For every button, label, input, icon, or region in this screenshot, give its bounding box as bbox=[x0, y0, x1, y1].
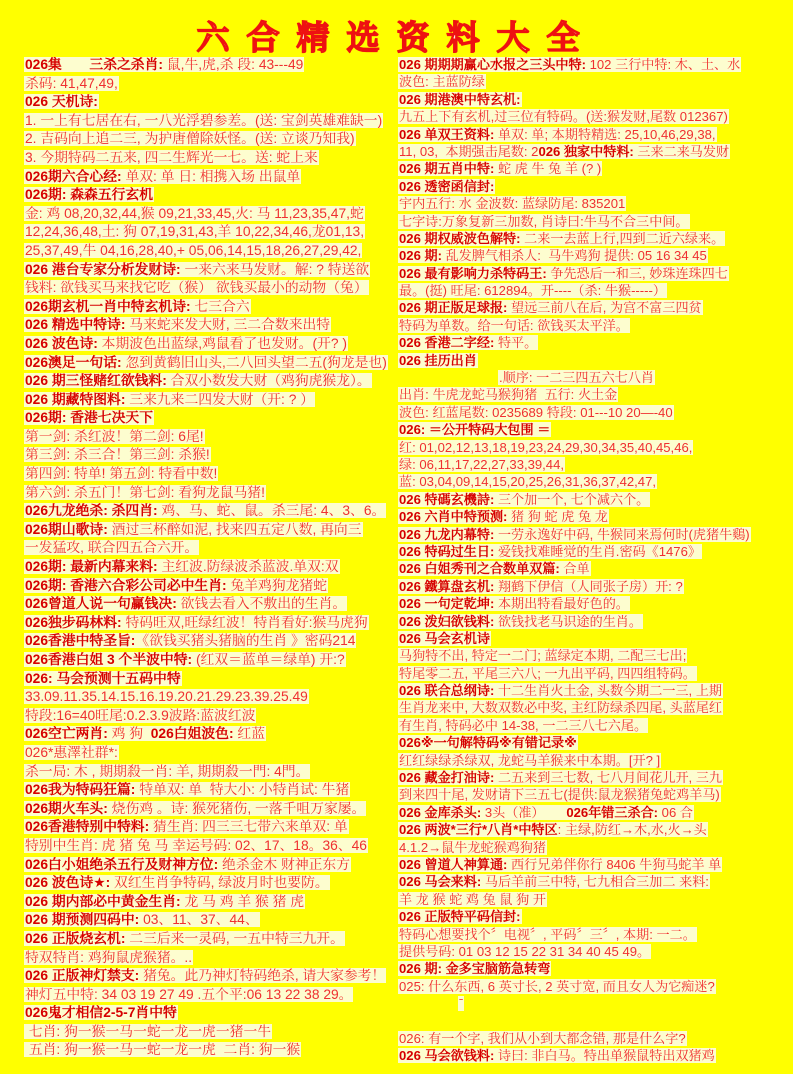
line-header-text: 026 波色诗: bbox=[25, 336, 98, 351]
line-header-text: 026 白姐秀刊之合数单双篇: bbox=[399, 561, 560, 576]
line-header-text: 026 精选中特诗: bbox=[25, 317, 125, 332]
text-line: 金: 鸡 08,20,32,44,猴 09,21,33,45,火: 马 11,2… bbox=[24, 205, 396, 224]
line-header-text: 026 期藏特图料: bbox=[25, 392, 125, 407]
line-body-text: 单双: 单 日: 相携入场 出鼠单 bbox=[122, 169, 301, 184]
line-body-text: 鼠,牛,虎,杀 段: 43---49 bbox=[163, 57, 303, 72]
line-body-text: 06 合 bbox=[658, 805, 693, 820]
line-header-text: 026 期五肖中特: bbox=[399, 161, 494, 176]
line-body-text: 025: 什么东西, 6 英寸长, 2 英寸宽, 而且女人为它痴迷? bbox=[399, 979, 715, 994]
line-header-text: 026 马会玄机诗 bbox=[399, 631, 490, 646]
text-line: 026 单双王资料: 单双: 单; 本期特精选: 25,10,46,29,38, bbox=[398, 126, 790, 143]
line-header-text: 026 马会欲钱料: bbox=[399, 1048, 494, 1063]
text-line: 026 透密函信封: bbox=[398, 178, 790, 195]
text-line: 蓝: 03,04,09,14,15,20,25,26,31,36,37,42,4… bbox=[398, 473, 790, 490]
line-header-text: 026香港中特圣旨: bbox=[25, 633, 135, 648]
text-line: 026期山歌诗: 酒过三杯醉如泥, 找来四五定八数, 再向三 bbox=[24, 521, 396, 540]
line-body-text: 金: 鸡 08,20,32,44,猴 09,21,33,45,火: 马 11,2… bbox=[25, 206, 364, 221]
line-body-text: 五肖: 狗一猴一马一蛇一龙一虎 二肖: 狗一猴 bbox=[25, 1042, 300, 1057]
line-header-text: 026 联合总纲诗: bbox=[399, 683, 494, 698]
line-body-text: 03、11、37、44、 bbox=[139, 912, 258, 927]
text-line: 026 曾道人神算通: 西行兄弟伴你行 8406 牛狗马蛇羊 单 bbox=[398, 856, 790, 873]
line-header-text: 026 最有影响力杀特码王: bbox=[399, 266, 547, 281]
text-line: 宇内五行: 水 金波数: 蓝绿防尾: 835201 bbox=[398, 195, 790, 212]
text-line: 026 期权威波色解特: 二来一去蓝上行,四到二近六绿来。 bbox=[398, 230, 790, 247]
text-line: 026: 马会预测十五码中特 bbox=[24, 670, 396, 689]
line-body-text: 特码为单数。给一句话: 欲钱买太平洋。 bbox=[399, 318, 629, 333]
text-line: 神灯五中特: 34 03 19 27 49 .五个平:06 13 22 38 2… bbox=[24, 986, 396, 1005]
line-body-text: 三来二来马发财 bbox=[634, 144, 729, 159]
text-line: 026香港中特圣旨:《欲钱买猪头猪脑的生肖 》密码214 bbox=[24, 632, 396, 651]
line-body-text: 提供号码: 01 03 12 15 22 31 34 40 45 49。 bbox=[399, 944, 650, 959]
text-line: 026: ＝公开特码大包围 ＝ bbox=[398, 421, 790, 438]
line-header-text: 026 一句定乾坤: bbox=[399, 596, 494, 611]
text-line: 026 期内部必中黄金生肖: 龙 马 鸡 羊 猴 猪 虎 bbox=[24, 893, 396, 912]
text-line: 026九龙绝杀: 杀四肖: 鸡、马、蛇、鼠。杀三尾: 4、3、6。 bbox=[24, 502, 396, 521]
line-body-text: 特别中生肖: 虎 猪 兔 马 幸运号码: 02、17、18。36、46 bbox=[25, 838, 367, 853]
line-body-text: 杀一局: 木 , 期期殺一肖: 羊, 期期殺一門: 4門。 bbox=[25, 764, 309, 779]
text-line: 026 马会欲钱料: 诗曰: 非白马。特出单猴鼠特出双猪鸡 bbox=[398, 1047, 790, 1064]
line-body-text: 本期出特看最好色的。 bbox=[494, 596, 629, 611]
line-header-text: 026白小姐绝杀五行及财神方位: bbox=[25, 857, 218, 872]
text-line: 026澳足一句话: 忽到黄鹤旧山头,二八回头望二五(狗龙是也) bbox=[24, 354, 396, 373]
text-line: .顺序: 一二三四五六七八肖 bbox=[398, 369, 790, 386]
text-line: 026 港台专家分析发财诗: 一来六来马发财。解: ? 特送欲 bbox=[24, 261, 396, 280]
text-line: ˉ bbox=[398, 995, 790, 1012]
text-line: 026 挂历出肖 bbox=[398, 352, 790, 369]
text-line bbox=[398, 1012, 790, 1029]
text-line: 026 正版特平码信封: bbox=[398, 908, 790, 925]
line-body-text: 一发猛攻, 联合四五合六开。 bbox=[25, 540, 198, 555]
text-line: 026 金库杀头: 3头（准） 026年错三杀合: 06 合 bbox=[398, 804, 790, 821]
line-body-text: 特平。 bbox=[494, 335, 537, 350]
line-body-text: .顺序: 一二三四五六七八肖 bbox=[499, 370, 654, 385]
line-header-text: 026白姐波色: bbox=[151, 726, 234, 741]
text-line: 026集 三杀之杀肖: 鼠,牛,虎,杀 段: 43---49 bbox=[24, 56, 396, 75]
text-line: 026 天机诗: bbox=[24, 93, 396, 112]
text-line: 026期: 香港七决天下 bbox=[24, 409, 396, 428]
line-header-text: 026 期: 金多宝脑筋急转弯 bbox=[399, 961, 550, 976]
text-line: 026: 有一个字, 我们从小到大都念错, 那是什么字? bbox=[398, 1030, 790, 1047]
line-header-text: 026期: 森森五行玄机 bbox=[25, 187, 153, 202]
line-body-text: 25,37,49,牛 04,16,28,40,+ 05,06,14,15,18,… bbox=[25, 243, 361, 258]
line-body-text: 第一剑: 杀红波！第二剑: 6尾! bbox=[25, 429, 204, 444]
text-line: 026※一句解特码※有错记录※ bbox=[398, 734, 790, 751]
line-body-text: 三个加一个, 七个减六个。 bbox=[494, 492, 649, 507]
line-body-text: 3头（准） bbox=[481, 805, 566, 820]
line-header-text: 026期火车头: bbox=[25, 801, 108, 816]
text-line: 12,24,36,48,土: 狗 07,19,31,43,羊 10,22,34,… bbox=[24, 223, 396, 242]
text-line: 026 泼妇欲钱料: 欲钱找老马识途的生肖。 bbox=[398, 613, 790, 630]
line-body-text: 七三合六 bbox=[191, 299, 250, 314]
text-line: 026 九龙内幕特: 一劳永逸好中码, 牛猴同来焉何时(虎猪牛鷄) bbox=[398, 526, 790, 543]
text-line: 026独步码林料: 特码旺双,旺绿红波！特肖看好:猴马虎狗 bbox=[24, 614, 396, 633]
text-line: 五肖: 狗一猴一马一蛇一龙一虎 二肖: 狗一猴 bbox=[24, 1041, 396, 1060]
line-body-text: 七肖: 狗一猴一马一蛇一龙一虎一猪一牛 bbox=[25, 1024, 271, 1039]
text-line: 026 期: 乱发脾气相杀人: 马牛鸡狗 提供: 05 16 34 45 bbox=[398, 247, 790, 264]
line-body-text: 合双小数发大财（鸡狗虎猴龙）。 bbox=[167, 373, 371, 388]
text-line: 026香港白姐 3 个半波中特: (红双＝蓝单＝绿单) 开:? bbox=[24, 651, 396, 670]
text-line: 026 期五肖中特: 蛇 虎 牛 兔 羊 (? ) bbox=[398, 160, 790, 177]
text-line: 七肖: 狗一猴一马一蛇一龙一虎一猪一牛 bbox=[24, 1023, 396, 1042]
line-header-text: 026 期权威波色解特: bbox=[399, 231, 521, 246]
text-line: 026 期三怪赌红欲钱料: 合双小数发大财（鸡狗虎猴龙）。 bbox=[24, 372, 396, 391]
text-line: 特段:16=40旺尾:0.2.3.9波路:蓝波红波 bbox=[24, 707, 396, 726]
line-header-text: 026 两波*三行*八肖*中特区 bbox=[399, 822, 558, 837]
text-line: 特码心想要找个〞电视〞, 平码〞三〞, 本期: 一二。 bbox=[398, 926, 790, 943]
line-body-text: 爱钱找难睡觉的生肖.密码《1476》 bbox=[494, 544, 701, 559]
text-line: 026 期预测四码中: 03、11、37、44、 bbox=[24, 911, 396, 930]
text-line: 第六剑: 杀五门！第七剑: 看狗龙鼠马猪! bbox=[24, 484, 396, 503]
line-header-text: 026: 马会预测十五码中特 bbox=[25, 671, 181, 686]
line-header-text: 026年错三杀合: bbox=[566, 805, 658, 820]
line-body-text: 特尾零二五, 平尾三六八; 一九出平码, 四四组特码。 bbox=[399, 666, 696, 681]
text-line: 七字诗:万象复新三加数, 肖诗曰:牛马不合三中间。 bbox=[398, 213, 790, 230]
line-body-text: 有生肖, 特码必中 14-38, 一二三八七六尾。 bbox=[399, 718, 647, 733]
line-header-text: 026 期三怪赌红欲钱料: bbox=[25, 373, 167, 388]
text-line: 羊 龙 猴 蛇 鸡 兔 鼠 狗 开 bbox=[398, 891, 790, 908]
line-body-text: 特码旺双,旺绿红波！特肖看好:猴马虎狗 bbox=[122, 615, 368, 630]
line-body-text: 鸡 狗 bbox=[108, 726, 151, 741]
line-body-text: 钱料: 欲钱买马来找它吃（猴） 欲钱买最小的动物（兔） bbox=[25, 280, 368, 295]
text-line: 026 期期期赢心水报之三头中特: 102 三行中特: 木、土、水 bbox=[398, 56, 790, 73]
text-line: 026 马会来料: 马后羊前三中特, 七九相合三加二 来料: bbox=[398, 873, 790, 890]
line-header-text: 026 港台专家分析发财诗: bbox=[25, 262, 181, 277]
text-line: 第三剑: 杀三合！第三剑: 杀猴! bbox=[24, 446, 396, 465]
line-body-text: 马狗特不出, 特定一二门; 蓝绿定本期, 二配三七出; bbox=[399, 648, 686, 663]
line-body-text: 绿: 06,11,17,22,27,33,39,44, bbox=[399, 457, 564, 472]
line-header-text: 026 独家中特料: bbox=[538, 144, 633, 159]
line-body-text: 出肖: 牛虎龙蛇马猴狗猪 五行: 火土金 bbox=[399, 387, 617, 402]
text-line: 026 两波*三行*八肖*中特区: 主绿,防红→木,水,火→头 bbox=[398, 821, 790, 838]
text-line: 026 藏金打油诗: 二五来到三七数, 七八月间花儿开, 三九 bbox=[398, 769, 790, 786]
text-line: 波色: 主蓝防绿 bbox=[398, 73, 790, 90]
line-header-text: 026期玄机一肖中特玄机诗: bbox=[25, 299, 191, 314]
line-header-text: 026期: 香港七决天下 bbox=[25, 410, 153, 425]
line-header-text: 026独步码林料: bbox=[25, 615, 122, 630]
line-body-text: 欲钱去看入不敷出的生肖。 bbox=[177, 596, 346, 611]
line-body-text: 龙 马 鸡 羊 猴 猪 虎 bbox=[181, 894, 304, 909]
line-body-text: 望远三前八在后, 为宫不富三四贫 bbox=[507, 300, 701, 315]
line-body-text: 102 三行中特: 木、土、水 bbox=[586, 57, 740, 72]
line-body-text: 宇内五行: 水 金波数: 蓝绿防尾: 835201 bbox=[399, 196, 625, 211]
text-line: 马狗特不出, 特定一二门; 蓝绿定本期, 二配三七出; bbox=[398, 647, 790, 664]
text-line: 11, 03, 本期强击尾数: 2026 独家中特料: 三来二来马发财 bbox=[398, 143, 790, 160]
line-body-text: 红: 01,02,12,13,18,19,23,24,29,30,34,35,4… bbox=[399, 440, 692, 455]
text-line: 杀码: 41,47,49, bbox=[24, 75, 396, 94]
text-line: 026白小姐绝杀五行及财神方位: 绝杀金木 财神正东方 bbox=[24, 856, 396, 875]
line-body-text: 12,24,36,48,土: 狗 07,19,31,43,羊 10,22,34,… bbox=[25, 224, 364, 239]
line-body-text: 二来一去蓝上行,四到二近六绿来。 bbox=[521, 231, 725, 246]
text-line: 026 最有影响力杀特码王: 争先恐后一和三, 妙珠连珠四七 bbox=[398, 265, 790, 282]
text-line: 出肖: 牛虎龙蛇马猴狗猪 五行: 火土金 bbox=[398, 386, 790, 403]
text-line: 提供号码: 01 03 12 15 22 31 34 40 45 49。 bbox=[398, 943, 790, 960]
text-line: 绿: 06,11,17,22,27,33,39,44, bbox=[398, 456, 790, 473]
text-line: 026 六肖中特预测: 猪 狗 蛇 虎 兔 龙 bbox=[398, 508, 790, 525]
text-line: 026 期: 金多宝脑筋急转弯 bbox=[398, 960, 790, 977]
line-body-text: 026*惠澤社群*: bbox=[25, 745, 118, 760]
content-columns: 026集 三杀之杀肖: 鼠,牛,虎,杀 段: 43---49杀码: 41,47,… bbox=[0, 56, 793, 1065]
line-body-text: 特双特肖: 鸡狗鼠虎猴猪。.. bbox=[25, 950, 192, 965]
line-header-text: 026曾道人说一句赢钱决: bbox=[25, 596, 177, 611]
line-body-text: 烧伤鸡 。诗: 猴死猪伤, 一落千咀万家屡。 bbox=[108, 801, 366, 816]
line-header-text: 026鬼才相信2-5-7肖中特 bbox=[25, 1005, 177, 1020]
line-body-text: 杀码: 41,47,49, bbox=[25, 76, 118, 91]
line-header-text: 026香港白姐 3 个半波中特: bbox=[25, 652, 192, 667]
left-column: 026集 三杀之杀肖: 鼠,牛,虎,杀 段: 43---49杀码: 41,47,… bbox=[24, 56, 396, 1060]
line-body-text: 第六剑: 杀五门！第七剑: 看狗龙鼠马猪! bbox=[25, 485, 265, 500]
text-line: 026香港特别中特料: 猜生肖: 四三三七带六来单双: 单 bbox=[24, 818, 396, 837]
text-line: 025: 什么东西, 6 英寸长, 2 英寸宽, 而且女人为它痴迷? bbox=[398, 978, 790, 995]
text-line: 一发猛攻, 联合四五合六开。 bbox=[24, 539, 396, 558]
line-header-text: 026 天机诗: bbox=[25, 94, 98, 109]
line-body-text: 特段:16=40旺尾:0.2.3.9波路:蓝波红波 bbox=[25, 708, 255, 723]
text-line: 特尾零二五, 平尾三六八; 一九出平码, 四四组特码。 bbox=[398, 665, 790, 682]
text-line: 026 正版烧玄机: 二三后来一灵码, 一五中特三九开。 bbox=[24, 930, 396, 949]
text-line: 第四剑: 特单! 第五剑: 特看中数! bbox=[24, 465, 396, 484]
line-header-text: 026 曾道人神算通: bbox=[399, 857, 507, 872]
text-line: 026 精选中特诗: 马来蛇来发大财, 三二合数来出特 bbox=[24, 316, 396, 335]
line-body-text: 忽到黄鹤旧山头,二八回头望二五(狗龙是也) bbox=[122, 355, 387, 370]
line-header-text: 026 特碼玄機詩: bbox=[399, 492, 494, 507]
text-line: 026*惠澤社群*: bbox=[24, 744, 396, 763]
line-body-text: 第三剑: 杀三合！第三剑: 杀猴! bbox=[25, 447, 210, 462]
line-body-text: (红双＝蓝单＝绿单) 开:? bbox=[192, 652, 345, 667]
text-line: 026期六合心经: 单双: 单 日: 相携入场 出鼠单 bbox=[24, 168, 396, 187]
line-body-text: 神灯五中特: 34 03 19 27 49 .五个平:06 13 22 38 2… bbox=[25, 987, 352, 1002]
line-body-text: 翔鹤下伊信（人同张子房）开: ? bbox=[494, 579, 682, 594]
line-body-text: 欲钱找老马识途的生肖。 bbox=[494, 614, 642, 629]
line-body-text: 蛇 虎 牛 兔 羊 (? ) bbox=[494, 161, 601, 176]
text-line: 特别中生肖: 虎 猪 兔 马 幸运号码: 02、17、18。36、46 bbox=[24, 837, 396, 856]
line-header-text: 026 正版烧玄机: bbox=[25, 931, 125, 946]
line-body-text: 11, 03, 本期强击尾数: 2 bbox=[399, 144, 538, 159]
line-header-text: 026: ＝公开特码大包围 ＝ bbox=[399, 422, 550, 437]
line-header-text: 026期山歌诗: bbox=[25, 522, 108, 537]
line-header-text: 026 泼妇欲钱料: bbox=[399, 614, 494, 629]
text-line: 第一剑: 杀红波！第二剑: 6尾! bbox=[24, 428, 396, 447]
line-body-text: : 主绿,防红→木,水,火→头 bbox=[558, 822, 707, 837]
text-line: 026 鐵算盘玄机: 翔鹤下伊信（人同张子房）开: ? bbox=[398, 578, 790, 595]
text-line: 026 一句定乾坤: 本期出特看最好色的。 bbox=[398, 595, 790, 612]
line-body-text: 十二生肖火土金, 头数今期二一三, 上期 bbox=[494, 683, 722, 698]
line-body-text: 二五来到三七数, 七八月间花儿开, 三九 bbox=[494, 770, 722, 785]
text-line: 1. 一上有七居在右, 一八光浮碧参差。(送: 宝剑英雄难缺一) bbox=[24, 112, 396, 131]
text-line: 红: 01,02,12,13,18,19,23,24,29,30,34,35,4… bbox=[398, 439, 790, 456]
text-line: 026鬼才相信2-5-7肖中特 bbox=[24, 1004, 396, 1023]
text-line: 波色: 红蓝尾数: 0235689 特段: 01---10 20—-40 bbox=[398, 404, 790, 421]
line-header-text: 026 正版特平码信封: bbox=[399, 909, 521, 924]
line-body-text: 绝杀金木 财神正东方 bbox=[218, 857, 350, 872]
text-line: 026期: 森森五行玄机 bbox=[24, 186, 396, 205]
line-body-text: 二三后来一灵码, 一五中特三九开。 bbox=[125, 931, 343, 946]
text-line: 25,37,49,牛 04,16,28,40,+ 05,06,14,15,18,… bbox=[24, 242, 396, 261]
line-header-text: 026 六肖中特预测: bbox=[399, 509, 507, 524]
line-body-text: 33.09.11.35.14.15.16.19.20.21.29.23.39.2… bbox=[25, 689, 308, 704]
line-body-text: 猪兔。此乃神灯特码绝杀, 请大家参考！ bbox=[139, 968, 385, 983]
line-body-text: 4.1.2→鼠牛龙蛇猴鸡狗猪 bbox=[399, 840, 546, 855]
line-body-text: 乱发脾气相杀人: 马牛鸡狗 提供: 05 16 34 45 bbox=[442, 248, 707, 263]
line-header-text: 026期: 香港六合彩公司必中生肖: bbox=[25, 578, 227, 593]
line-body-text: 兔羊鸡狗龙猪蛇 bbox=[227, 578, 327, 593]
line-header-text: 026 挂历出肖 bbox=[399, 353, 477, 368]
line-body-text: 羊 龙 猴 蛇 鸡 兔 鼠 狗 开 bbox=[399, 892, 546, 907]
text-line: 2. 吉码向上追二三, 为护唐僧除妖怪。(送: 立谈乃知我) bbox=[24, 130, 396, 149]
line-body-text: 马来蛇来发大财, 三二合数来出特 bbox=[125, 317, 330, 332]
text-line: 026 波色诗★: 双红生肖争特码, 绿波月时也要防。 bbox=[24, 874, 396, 893]
line-header-text: 026空亡两肖: bbox=[25, 726, 108, 741]
line-header-text: 026 藏金打油诗: bbox=[399, 770, 494, 785]
line-header-text: 026期六合心经: bbox=[25, 169, 122, 184]
lottery-info-sheet: 六合精选资料大全 026集 三杀之杀肖: 鼠,牛,虎,杀 段: 43---49杀… bbox=[0, 0, 793, 1074]
line-body-text: 酒过三杯醉如泥, 找来四五定八数, 再向三 bbox=[108, 522, 362, 537]
line-header-text: 026 马会来料: bbox=[399, 874, 481, 889]
text-line: 最。(挺) 旺尾: 612894。开----（杀: 牛猴-----） bbox=[398, 282, 790, 299]
text-line: 3. 今期特码二五来, 四二生辉光一七。送: 蛇上来 bbox=[24, 149, 396, 168]
text-line: 026空亡两肖: 鸡 狗 026白姐波色: 红蓝 bbox=[24, 725, 396, 744]
text-line: 026 特码过生日: 爱钱找难睡觉的生肖.密码《1476》 bbox=[398, 543, 790, 560]
line-header-text: 026 波色诗★: bbox=[25, 875, 110, 890]
line-header-text: 026 九龙内幕特: bbox=[399, 527, 494, 542]
line-body-text: 3. 今期特码二五来, 四二生辉光一七。送: 蛇上来 bbox=[25, 150, 318, 165]
text-line: 026 期港澳中特玄机: bbox=[398, 91, 790, 108]
line-header-text: 026九龙绝杀: 杀四肖: bbox=[25, 503, 158, 518]
line-header-text: 026 金库杀头: bbox=[399, 805, 481, 820]
line-body-text: 马后羊前三中特, 七九相合三加二 来料: bbox=[481, 874, 709, 889]
text-line: 026 正版神灯禁支: 猪兔。此乃神灯特码绝杀, 请大家参考！ bbox=[24, 967, 396, 986]
text-line: 4.1.2→鼠牛龙蛇猴鸡狗猪 bbox=[398, 839, 790, 856]
line-body-text: 本期波色出蓝绿,鸡鼠看了也发财。(开? ) bbox=[98, 336, 347, 351]
text-line: 九五上下有玄机,过三位有特码。(送:猴发财,尾数 012367) bbox=[398, 108, 790, 125]
text-line: 026 波色诗: 本期波色出蓝绿,鸡鼠看了也发财。(开? ) bbox=[24, 335, 396, 354]
text-line: 红红绿绿杀绿双, 龙蛇马羊猴来中本期。[开? ] bbox=[398, 752, 790, 769]
line-body-text: 三来九来二四发大财（开: ? ） bbox=[125, 392, 314, 407]
text-line: 杀一局: 木 , 期期殺一肖: 羊, 期期殺一門: 4門。 bbox=[24, 763, 396, 782]
line-body-text: 合单 bbox=[560, 561, 590, 576]
line-body-text: 一劳永逸好中码, 牛猴同来焉何时(虎猪牛鷄) bbox=[494, 527, 749, 542]
text-line: 026期玄机一肖中特玄机诗: 七三合六 bbox=[24, 298, 396, 317]
text-line: 026 白姐秀刊之合数单双篇: 合单 bbox=[398, 560, 790, 577]
line-header-text: 026 期正版足球报: bbox=[399, 300, 507, 315]
text-line: 026 联合总纲诗: 十二生肖火土金, 头数今期二一三, 上期 bbox=[398, 682, 790, 699]
line-body-text: 2. 吉码向上追二三, 为护唐僧除妖怪。(送: 立谈乃知我) bbox=[25, 131, 355, 146]
line-body-text: 波色: 主蓝防绿 bbox=[399, 74, 485, 89]
line-body-text: 最。(挺) 旺尾: 612894。开----（杀: 牛猴-----） bbox=[399, 283, 666, 298]
text-line: 026我为特码狂篇: 特单双: 单 特大小: 小特肖试: 牛猪 bbox=[24, 781, 396, 800]
text-line: 026期火车头: 烧伤鸡 。诗: 猴死猪伤, 一落千咀万家屡。 bbox=[24, 800, 396, 819]
line-body-text: 1. 一上有七居在右, 一八光浮碧参差。(送: 宝剑英雄难缺一) bbox=[25, 113, 382, 128]
text-line: 有生肖, 特码必中 14-38, 一二三八七六尾。 bbox=[398, 717, 790, 734]
right-column: 026 期期期赢心水报之三头中特: 102 三行中特: 木、土、水波色: 主蓝防… bbox=[396, 56, 790, 1065]
text-line: 026 期正版足球报: 望远三前八在后, 为宫不富三四贫 bbox=[398, 299, 790, 316]
line-header-text: 026 透密函信封: bbox=[399, 179, 494, 194]
line-body-text: 九五上下有玄机,过三位有特码。(送:猴发财,尾数 012367) bbox=[399, 109, 728, 124]
line-body-text: 特单双: 单 特大小: 小特肖试: 牛猪 bbox=[135, 782, 349, 797]
line-body-text: 西行兄弟伴你行 8406 牛狗马蛇羊 单 bbox=[507, 857, 721, 872]
line-body-text: 一来六来马发财。解: ? 特送欲 bbox=[181, 262, 370, 277]
line-header-text: 026 特码过生日: bbox=[399, 544, 494, 559]
line-body-text: 蓝: 03,04,09,14,15,20,25,26,31,36,37,42,4… bbox=[399, 474, 656, 489]
text-line: 生肖龙来中, 大数双数必中奖, 主红防绿杀四尾, 头蓝尾红 bbox=[398, 699, 790, 716]
line-body-text: 诗曰: 非白马。特出单猴鼠特出双猪鸡 bbox=[494, 1048, 714, 1063]
text-line: 026 期藏特图料: 三来九来二四发大财（开: ? ） bbox=[24, 391, 396, 410]
line-body-text: 主红波.防绿波杀蓝波.单双:双 bbox=[158, 559, 339, 574]
line-header-text: 026 鐵算盘玄机: bbox=[399, 579, 494, 594]
line-header-text: 026 香港二字经: bbox=[399, 335, 494, 350]
line-body-text: 波色: 红蓝尾数: 0235689 特段: 01---10 20—-40 bbox=[399, 405, 673, 420]
line-body-text: 争先恐后一和三, 妙珠连珠四七 bbox=[547, 266, 728, 281]
text-line: 026 马会玄机诗 bbox=[398, 630, 790, 647]
text-line: 026 香港二字经: 特平。 bbox=[398, 334, 790, 351]
line-body-text: 第四剑: 特单! 第五剑: 特看中数! bbox=[25, 466, 217, 481]
text-line: 026 特碼玄機詩: 三个加一个, 七个减六个。 bbox=[398, 491, 790, 508]
line-body-text: 《欲钱买猪头猪脑的生肖 》密码214 bbox=[135, 633, 355, 648]
line-body-text: 特码心想要找个〞电视〞, 平码〞三〞, 本期: 一二。 bbox=[399, 927, 696, 942]
line-header-text: 026澳足一句话: bbox=[25, 355, 122, 370]
text-line: 026期: 最新内幕来料: 主红波.防绿波杀蓝波.单双:双 bbox=[24, 558, 396, 577]
line-header-text: 026香港特别中特料: bbox=[25, 819, 149, 834]
line-body-text: 猜生肖: 四三三七带六来单双: 单 bbox=[149, 819, 348, 834]
line-header-text: 026 期预测四码中: bbox=[25, 912, 139, 927]
line-body-text: 七字诗:万象复新三加数, 肖诗曰:牛马不合三中间。 bbox=[399, 214, 689, 229]
line-header-text: 026 期期期赢心水报之三头中特: bbox=[399, 57, 586, 72]
line-body-text: 鸡、马、蛇、鼠。杀三尾: 4、3、6。 bbox=[158, 503, 386, 518]
text-line: 特码为单数。给一句话: 欲钱买太平洋。 bbox=[398, 317, 790, 334]
line-header-text: 026期: 最新内幕来料: bbox=[25, 559, 158, 574]
line-header-text: 026 单双王资料: bbox=[399, 127, 494, 142]
line-body-text: ˉ bbox=[459, 996, 463, 1011]
text-line: 到来四十尾, 发财请下三五七(提供:鼠龙猴猪兔蛇鸡羊马) bbox=[398, 786, 790, 803]
line-header-text: 026※一句解特码※有错记录※ bbox=[399, 735, 577, 750]
line-body-text: 单双: 单; 本期特精选: 25,10,46,29,38, bbox=[494, 127, 715, 142]
line-header-text: 026 正版神灯禁支: bbox=[25, 968, 139, 983]
line-body-text: 生肖龙来中, 大数双数必中奖, 主红防绿杀四尾, 头蓝尾红 bbox=[399, 700, 722, 715]
line-body-text: 双红生肖争特码, 绿波月时也要防。 bbox=[110, 875, 328, 890]
line-body-text: 红蓝 bbox=[234, 726, 265, 741]
text-line: 特双特肖: 鸡狗鼠虎猴猪。.. bbox=[24, 949, 396, 968]
text-line: 33.09.11.35.14.15.16.19.20.21.29.23.39.2… bbox=[24, 688, 396, 707]
line-header-text: 026 期港澳中特玄机: bbox=[399, 92, 521, 107]
text-line: 026期: 香港六合彩公司必中生肖: 兔羊鸡狗龙猪蛇 bbox=[24, 577, 396, 596]
line-body-text: 红红绿绿杀绿双, 龙蛇马羊猴来中本期。[开? ] bbox=[399, 753, 660, 768]
text-line: 钱料: 欲钱买马来找它吃（猴） 欲钱买最小的动物（兔） bbox=[24, 279, 396, 298]
line-body-text: 猪 狗 蛇 虎 兔 龙 bbox=[507, 509, 607, 524]
line-header-text: 026集 三杀之杀肖: bbox=[25, 57, 163, 72]
line-body-text: 到来四十尾, 发财请下三五七(提供:鼠龙猴猪兔蛇鸡羊马) bbox=[399, 787, 720, 802]
page-title: 六合精选资料大全 bbox=[0, 0, 793, 56]
line-header-text: 026 期: bbox=[399, 248, 442, 263]
line-header-text: 026 期内部必中黄金生肖: bbox=[25, 894, 181, 909]
line-header-text: 026我为特码狂篇: bbox=[25, 782, 135, 797]
text-line: 026曾道人说一句赢钱决: 欲钱去看入不敷出的生肖。 bbox=[24, 595, 396, 614]
line-body-text: 026: 有一个字, 我们从小到大都念错, 那是什么字? bbox=[399, 1031, 686, 1046]
